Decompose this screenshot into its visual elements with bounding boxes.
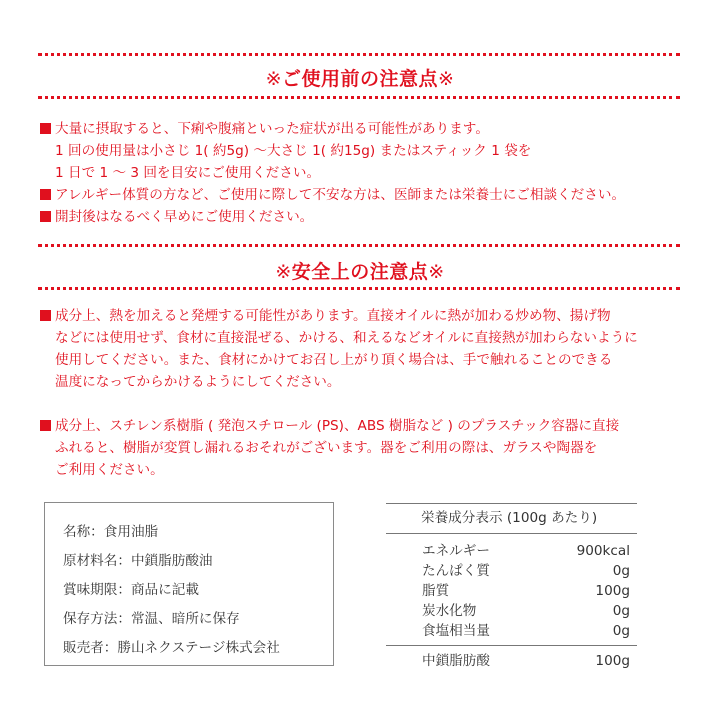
- note-line: 使用してください。また、食材にかけてお召し上がり頂く場合は、手で触れることのでき…: [55, 349, 638, 371]
- note-line: 大量に摂取すると、下痢や腹痛といった症状が出る可能性があります。: [55, 118, 625, 140]
- nutrient-value: 100g: [532, 581, 630, 601]
- nutrient-label: たんぱく質: [386, 561, 532, 581]
- notes-safety: 成分上、熱を加えると発煙する可能性があります。直接オイルに熱が加わる炒め物、揚げ…: [40, 305, 638, 481]
- nutrient-label: 中鎖脂肪酸: [386, 646, 532, 676]
- nutrient-value: 0g: [532, 561, 630, 581]
- note-item: 成分上、スチレン系樹脂 ( 発泡スチロール (PS)、ABS 樹脂など ) のプ…: [40, 415, 638, 481]
- note-line: 温度になってからかけるようにしてください。: [55, 371, 638, 393]
- dotted-divider: [38, 96, 680, 99]
- note-item: アレルギー体質の方など、ご使用に際して不安な方は、医師または栄養士にご相談くださ…: [40, 184, 625, 206]
- section-heading-safety: ※安全上の注意点※: [0, 257, 720, 284]
- note-line: ご利用ください。: [55, 459, 638, 481]
- note-line: 成分上、熱を加えると発煙する可能性があります。直接オイルに熱が加わる炒め物、揚げ…: [55, 305, 638, 327]
- section-heading-before-use: ※ご使用前の注意点※: [0, 64, 720, 91]
- nutrition-row-mct: 中鎖脂肪酸 100g: [386, 646, 637, 676]
- storage-method: 保存方法：常温、暗所に保存: [63, 605, 315, 634]
- note-item: 大量に摂取すると、下痢や腹痛といった症状が出る可能性があります。 1 回の使用量…: [40, 118, 625, 184]
- nutrition-row: たんぱく質 0g: [386, 561, 637, 581]
- reference-mark-icon: ※: [428, 261, 444, 283]
- nutrient-value: 900kcal: [532, 541, 630, 561]
- note-line: 1 回の使用量は小さじ 1( 約5g) ～大さじ 1( 約15g) またはスティ…: [55, 140, 625, 162]
- nutrient-value: 100g: [532, 646, 630, 676]
- note-line: 成分上、スチレン系樹脂 ( 発泡スチロール (PS)、ABS 樹脂など ) のプ…: [55, 415, 638, 437]
- product-name: 名称：食用油脂: [63, 518, 315, 547]
- dotted-divider: [38, 244, 680, 247]
- note-line: 開封後はなるべく早めにご使用ください。: [55, 206, 625, 228]
- nutrition-facts-table: 栄養成分表示 (100g あたり) エネルギー 900kcal たんぱく質 0g…: [386, 503, 637, 676]
- heading-text: ご使用前の注意点: [282, 68, 438, 90]
- note-item: 開封後はなるべく早めにご使用ください。: [40, 206, 625, 228]
- seller: 販売者：勝山ネクステージ株式会社: [63, 634, 315, 663]
- product-info-box: 名称：食用油脂 原材料名：中鎖脂肪酸油 賞味期限：商品に記載 保存方法：常温、暗…: [44, 502, 334, 666]
- reference-mark-icon: ※: [275, 261, 291, 283]
- note-line: アレルギー体質の方など、ご使用に際して不安な方は、医師または栄養士にご相談くださ…: [55, 184, 625, 206]
- nutrition-row: 炭水化物 0g: [386, 601, 637, 621]
- nutrient-label: 炭水化物: [386, 601, 532, 621]
- note-item: 成分上、熱を加えると発煙する可能性があります。直接オイルに熱が加わる炒め物、揚げ…: [40, 305, 638, 393]
- notes-before-use: 大量に摂取すると、下痢や腹痛といった症状が出る可能性があります。 1 回の使用量…: [40, 118, 625, 228]
- note-line: 1 日で 1 ～ 3 回を目安にご使用ください。: [55, 162, 625, 184]
- nutrition-row: エネルギー 900kcal: [386, 541, 637, 561]
- nutrient-label: 脂質: [386, 581, 532, 601]
- dotted-divider: [38, 53, 680, 56]
- best-before: 賞味期限：商品に記載: [63, 576, 315, 605]
- ingredients: 原材料名：中鎖脂肪酸油: [63, 547, 315, 576]
- note-line: ふれると、樹脂が変質し漏れるおそれがございます。器をご利用の際は、ガラスや陶器を: [55, 437, 638, 459]
- nutrient-label: 食塩相当量: [386, 621, 532, 641]
- nutrient-value: 0g: [532, 601, 630, 621]
- square-bullet-icon: [40, 189, 51, 200]
- nutrition-title: 栄養成分表示 (100g あたり): [386, 504, 637, 533]
- reference-mark-icon: ※: [438, 68, 454, 90]
- heading-text: 安全上の注意点: [292, 261, 429, 283]
- nutrition-row: 脂質 100g: [386, 581, 637, 601]
- spacer: [40, 393, 638, 415]
- reference-mark-icon: ※: [266, 68, 282, 90]
- square-bullet-icon: [40, 211, 51, 222]
- note-line: などには使用せず、食材に直接混ぜる、かける、和えるなどオイルに直接熱が加わらない…: [55, 327, 638, 349]
- nutrient-value: 0g: [532, 621, 630, 641]
- nutrient-label: エネルギー: [386, 541, 532, 561]
- nutrition-row: 食塩相当量 0g: [386, 621, 637, 641]
- square-bullet-icon: [40, 310, 51, 321]
- square-bullet-icon: [40, 123, 51, 134]
- dotted-divider: [38, 287, 680, 290]
- square-bullet-icon: [40, 420, 51, 431]
